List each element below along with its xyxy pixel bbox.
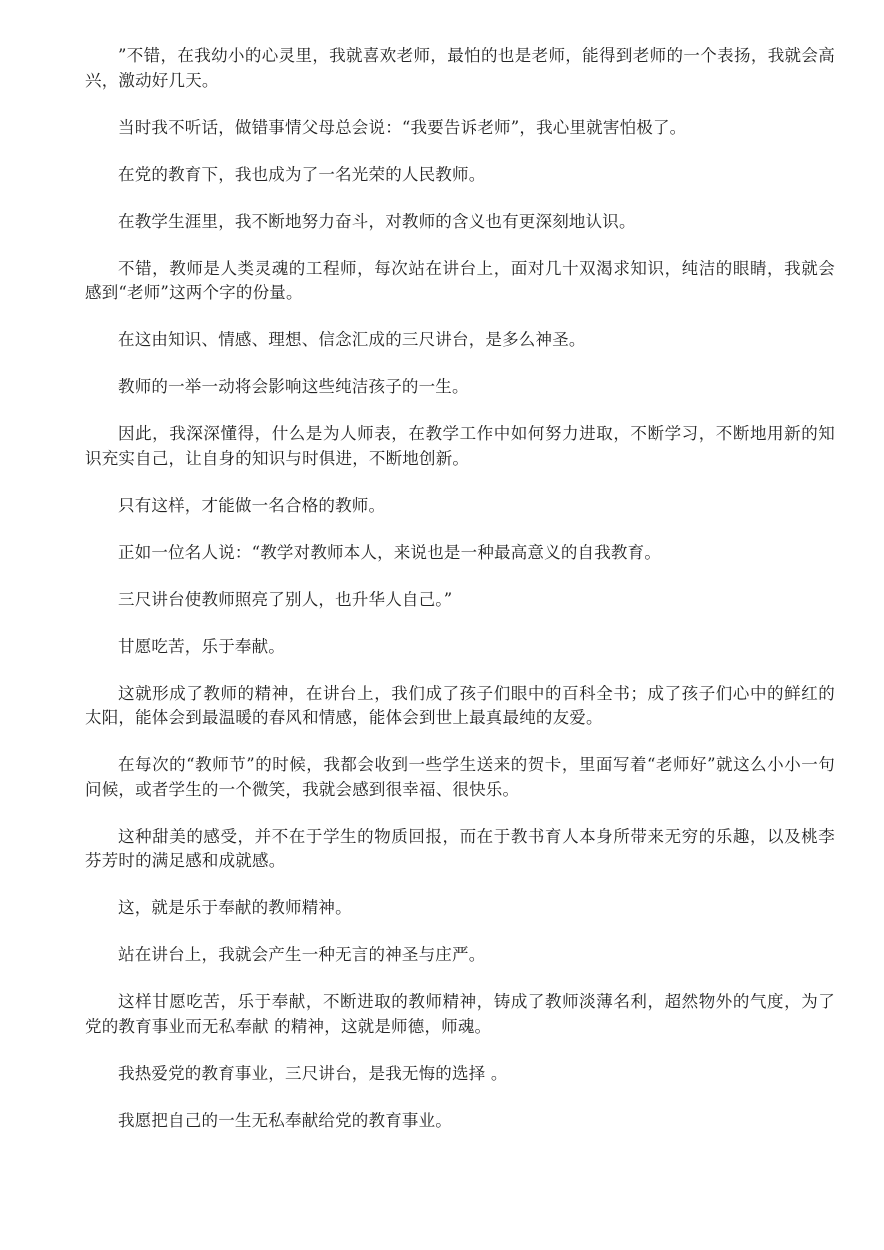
- paragraph: 教师的一举一动将会影响这些纯洁孩子的一生。: [85, 375, 835, 400]
- paragraph: 这种甜美的感受，并不在于学生的物质回报，而在于教书育人本身所带来无穷的乐趣，以及…: [85, 825, 835, 874]
- paragraph: 在党的教育下，我也成为了一名光荣的人民教师。: [85, 163, 835, 188]
- paragraph: 在教学生涯里，我不断地努力奋斗，对教师的含义也有更深刻地认识。: [85, 210, 835, 235]
- paragraph: ”不错，在我幼小的心灵里，我就喜欢老师，最怕的也是老师，能得到老师的一个表扬，我…: [85, 44, 835, 93]
- paragraph: 在每次的“教师节”的时候，我都会收到一些学生送来的贺卡，里面写着“老师好”就这么…: [85, 753, 835, 802]
- paragraph: 正如一位名人说：“教学对教师本人，来说也是一种最高意义的自我教育。: [85, 541, 835, 566]
- paragraph: 在这由知识、情感、理想、信念汇成的三尺讲台，是多么神圣。: [85, 328, 835, 353]
- paragraph: 这，就是乐于奉献的教师精神。: [85, 896, 835, 921]
- paragraph: 我愿把自己的一生无私奉献给党的教育事业。: [85, 1109, 835, 1134]
- paragraph: 三尺讲台使教师照亮了别人，也升华人自己。”: [85, 588, 835, 613]
- paragraph: 站在讲台上，我就会产生一种无言的神圣与庄严。: [85, 943, 835, 968]
- paragraph: 我热爱党的教育事业，三尺讲台，是我无悔的选择 。: [85, 1062, 835, 1087]
- paragraph: 不错，教师是人类灵魂的工程师，每次站在讲台上，面对几十双渴求知识，纯洁的眼睛，我…: [85, 257, 835, 306]
- paragraph: 当时我不听话，做错事情父母总会说：“我要告诉老师”，我心里就害怕极了。: [85, 116, 835, 141]
- paragraph: 只有这样，才能做一名合格的教师。: [85, 494, 835, 519]
- document-page: ”不错，在我幼小的心灵里，我就喜欢老师，最怕的也是老师，能得到老师的一个表扬，我…: [85, 44, 835, 1156]
- paragraph: 甘愿吃苦，乐于奉献。: [85, 635, 835, 660]
- paragraph: 因此，我深深懂得，什么是为人师表，在教学工作中如何努力进取，不断学习，不断地用新…: [85, 422, 835, 471]
- paragraph: 这样甘愿吃苦，乐于奉献，不断进取的教师精神，铸成了教师淡薄名利，超然物外的气度，…: [85, 990, 835, 1039]
- paragraph: 这就形成了教师的精神，在讲台上，我们成了孩子们眼中的百科全书；成了孩子们心中的鲜…: [85, 682, 835, 731]
